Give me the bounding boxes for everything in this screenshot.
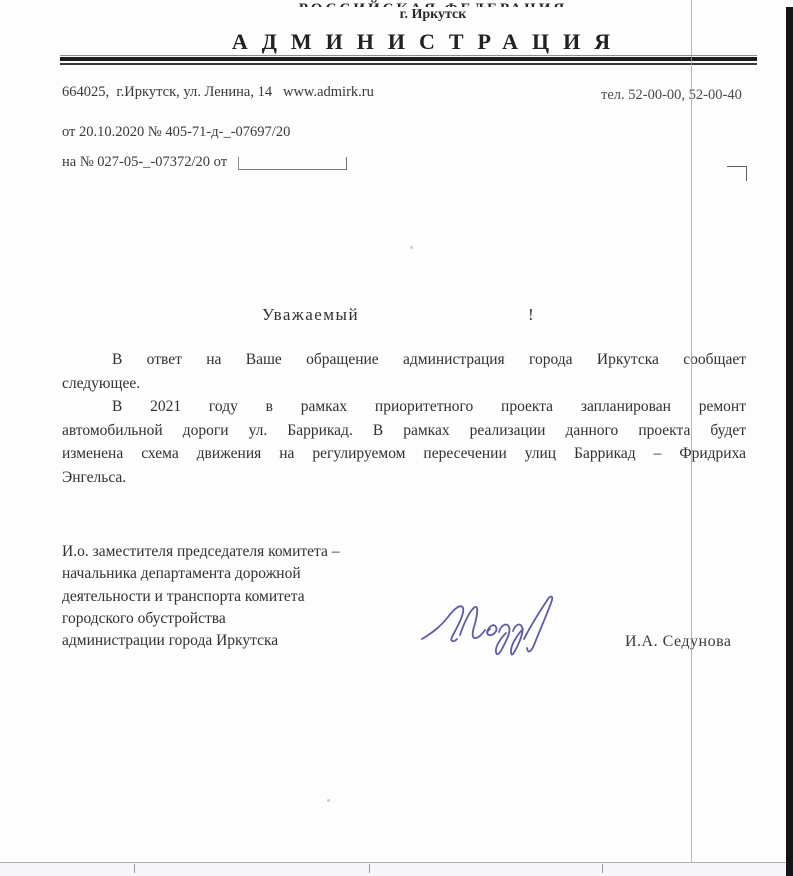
signoff-line: начальника департамента дорожной: [62, 563, 432, 585]
body-line: автомобильной дороги ул. Баррикад. В рам…: [62, 419, 746, 443]
outgoing-reference: от 20.10.2020 № 405-71-д-_-07697/20: [62, 124, 290, 141]
scan-crease-line: [691, 0, 692, 863]
salutation-greeting: Уважаемый: [262, 305, 359, 325]
country-name-clipped: РОССИЙСКАЯ ФЕДЕРАЦИЯ: [133, 0, 733, 7]
city-name: г. Иркутск: [133, 7, 733, 23]
contact-address: 664025, г.Иркутск, ул. Ленина, 14 www.ad…: [62, 84, 374, 101]
signoff-line: деятельности и транспорта комитета: [62, 586, 432, 608]
scanned-letter-page: РОССИЙСКАЯ ФЕДЕРАЦИЯ г. Иркутск АДМИНИСТ…: [0, 0, 793, 876]
registration-corner-mark: [727, 166, 747, 181]
salutation-exclamation: !: [528, 305, 534, 325]
scan-speck: [410, 246, 413, 249]
header-rule-thin-bottom: [60, 63, 757, 65]
body-line: В 2021 году в рамках приоритетного проек…: [62, 395, 746, 419]
header-rule-thin-top: [60, 55, 757, 56]
ruler-tick: [602, 864, 603, 873]
organization-title: АДМИНИСТРАЦИЯ: [70, 29, 786, 55]
ruler-tick: [134, 864, 135, 873]
ruler-tick: [369, 864, 370, 873]
signoff-line: И.о. заместителя председателя комитета –: [62, 541, 432, 563]
header-rule-thick: [60, 57, 757, 61]
signoff-line: городского обустройства: [62, 608, 432, 630]
signer-name: И.А. Седунова: [625, 633, 732, 651]
scan-speck: [327, 799, 330, 802]
body-line: Энгельса.: [62, 466, 746, 490]
incoming-reference-blank-field: [238, 157, 347, 170]
letter-body: В ответ на Ваше обращение администрация …: [62, 348, 746, 490]
body-line: В ответ на Ваше обращение администрация …: [62, 348, 746, 372]
signoff-line: администрации города Иркутска: [62, 630, 432, 652]
body-line: изменена схема движения на регулируемом …: [62, 442, 746, 466]
body-line: следующее.: [62, 372, 746, 396]
handwritten-signature: [420, 577, 590, 677]
incoming-reference: на № 027-05-_-07372/20 от: [62, 154, 227, 171]
scan-right-edge-shadow: [786, 7, 793, 876]
scan-bottom-strip: [0, 863, 786, 876]
contact-phone: тел. 52-00-00, 52-00-40: [601, 87, 742, 104]
signoff-title-block: И.о. заместителя председателя комитета –…: [62, 541, 432, 652]
